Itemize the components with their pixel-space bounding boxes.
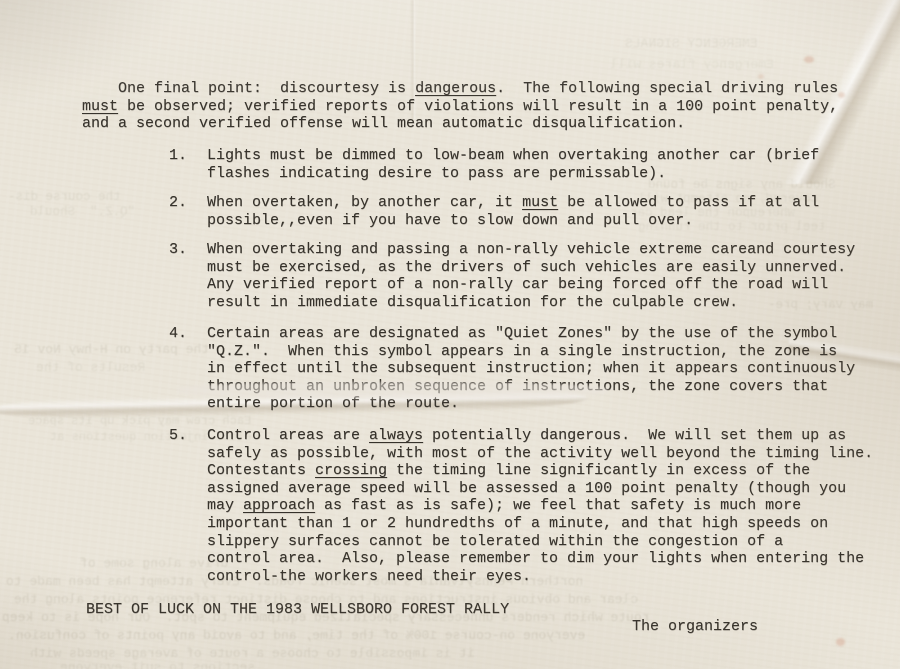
text-run: approach [243, 497, 315, 514]
signature-line: The organizers [632, 618, 758, 636]
doc-line: Contestants crossing the timing line sig… [207, 462, 873, 480]
rule-item-1: 1. Lights must be dimmed to low-beam whe… [169, 147, 819, 182]
text-run: possible,,even if you have to slow down … [207, 212, 693, 229]
rule-number: 3. [169, 241, 207, 311]
doc-line: safely as possible, with most of the act… [207, 445, 873, 463]
text-run: and a second verified offense will mean … [82, 115, 685, 132]
text-run: Contestants [207, 462, 315, 479]
bleedthrough-text: everyone on-course 100% of the time, and… [8, 628, 585, 643]
doc-line: Lights must be dimmed to low-beam when o… [207, 147, 819, 165]
rule-text: Lights must be dimmed to low-beam when o… [207, 147, 819, 182]
doc-line: When overtaken, by another car, it must … [207, 194, 819, 212]
text-run: must [82, 98, 118, 115]
doc-line: possible,,even if you have to slow down … [207, 212, 819, 230]
doc-line: When overtaking and passing a non-rally … [207, 241, 855, 259]
text-run: Control areas are [207, 427, 369, 444]
rule-item-2: 2. When overtaken, by another car, it mu… [169, 194, 819, 229]
scanned-page: EMERGENCY SIGNALSEmergency flares willSh… [0, 0, 900, 669]
rule-item-4: 4. Certain areas are designated as "Quie… [169, 325, 855, 413]
text-run: One final point: discourtesy is [82, 80, 415, 97]
text-run: . The following special driving rules [496, 80, 838, 97]
text-run: as fast as is safe); we feel that safety… [315, 497, 801, 514]
doc-line: in effect until the subsequent instructi… [207, 360, 855, 378]
text-run: assigned average speed will be assessed … [207, 480, 846, 497]
rule-number: 1. [169, 147, 207, 182]
intro-paragraph: One final point: discourtesy is dangerou… [82, 80, 838, 133]
text-run: entire portion of the route. [207, 395, 459, 412]
doc-line: control area. Also, please remember to d… [207, 550, 873, 568]
text-run: control-the workers need their eyes. [207, 568, 531, 585]
doc-line: entire portion of the route. [207, 395, 855, 413]
text-run: throughout an unbroken sequence of instr… [207, 378, 828, 395]
text-run: Any verified report of a non-rally car b… [207, 276, 828, 293]
bleedthrough-text: EMERGENCY SIGNALS [625, 36, 758, 51]
rule-item-3: 3. When overtaking and passing a non-ral… [169, 241, 855, 311]
rule-number: 5. [169, 427, 207, 585]
text-run: Certain areas are designated as "Quiet Z… [207, 325, 837, 342]
text-run: dangerous [415, 80, 496, 97]
text-run: When overtaken, by another car, it [207, 194, 522, 211]
rule-item-5: 5. Control areas are always potentially … [169, 427, 873, 585]
text-run: crossing [315, 462, 387, 479]
doc-line: assigned average speed will be assessed … [207, 480, 873, 498]
text-run: control area. Also, please remember to d… [207, 550, 864, 567]
doc-line: throughout an unbroken sequence of instr… [207, 378, 855, 396]
bleedthrough-text: "Q.Z." Should [30, 205, 135, 220]
doc-line: One final point: discourtesy is dangerou… [82, 80, 838, 98]
text-run: may [207, 497, 243, 514]
text-run: important than 1 or 2 hundredths of a mi… [207, 515, 828, 532]
text-run: When overtaking and passing a non-rally … [207, 241, 855, 258]
doc-line: slippery surfaces cannot be tolerated wi… [207, 533, 873, 551]
text-run: slippery surfaces cannot be tolerated wi… [207, 533, 783, 550]
text-run: must [522, 194, 558, 211]
rule-text: Control areas are always potentially dan… [207, 427, 873, 585]
doc-line: "Q.Z.". When this symbol appears in a si… [207, 343, 855, 361]
text-run: safely as possible, with most of the act… [207, 445, 873, 462]
doc-line: control-the workers need their eyes. [207, 568, 873, 586]
rule-text: When overtaking and passing a non-rally … [207, 241, 855, 311]
text-run: be allowed to pass if at all [558, 194, 819, 211]
doc-line: result in immediate disqualification for… [207, 294, 855, 312]
doc-line: Certain areas are designated as "Quiet Z… [207, 325, 855, 343]
rule-text: Certain areas are designated as "Quiet Z… [207, 325, 855, 413]
text-run: always [369, 427, 423, 444]
bleedthrough-text: sections to suit everyone [60, 660, 255, 669]
rule-number: 4. [169, 325, 207, 413]
bleedthrough-text: the course dis- [8, 190, 121, 205]
doc-line: must be observed; verified reports of vi… [82, 98, 838, 116]
rule-text: When overtaken, by another car, it must … [207, 194, 819, 229]
text-run: must be exercised, as the drivers of suc… [207, 259, 846, 276]
text-run: in effect until the subsequent instructi… [207, 360, 855, 377]
text-run: "Q.Z.". When this symbol appears in a si… [207, 343, 837, 360]
text-run: flashes indicating desire to pass are pe… [207, 165, 666, 182]
rule-number: 2. [169, 194, 207, 229]
doc-line: must be exercised, as the drivers of suc… [207, 259, 855, 277]
closing-line: BEST OF LUCK ON THE 1983 WELLSBORO FORES… [86, 601, 509, 619]
text-run: Lights must be dimmed to low-beam when o… [207, 147, 819, 164]
text-run: be observed; verified reports of violati… [118, 98, 838, 115]
text-run: result in immediate disqualification for… [207, 294, 738, 311]
doc-line: Any verified report of a non-rally car b… [207, 276, 855, 294]
bleedthrough-text: it is impossible to choose a route of av… [30, 646, 475, 661]
doc-line: flashes indicating desire to pass are pe… [207, 165, 819, 183]
stain-speck [836, 638, 845, 646]
doc-line: Control areas are always potentially dan… [207, 427, 873, 445]
stain-speck [838, 92, 845, 98]
text-run: the timing line significantly in excess … [387, 462, 810, 479]
stain-speck [758, 74, 764, 79]
bleedthrough-text: Results of the [36, 360, 145, 375]
doc-line: and a second verified offense will mean … [82, 115, 838, 133]
text-run: potentially dangerous. We will set them … [423, 427, 846, 444]
doc-line: important than 1 or 2 hundredths of a mi… [207, 515, 873, 533]
stain-speck [804, 56, 814, 63]
bleedthrough-text: Emergency flares will [610, 57, 774, 72]
doc-line: may approach as fast as is safe); we fee… [207, 497, 873, 515]
